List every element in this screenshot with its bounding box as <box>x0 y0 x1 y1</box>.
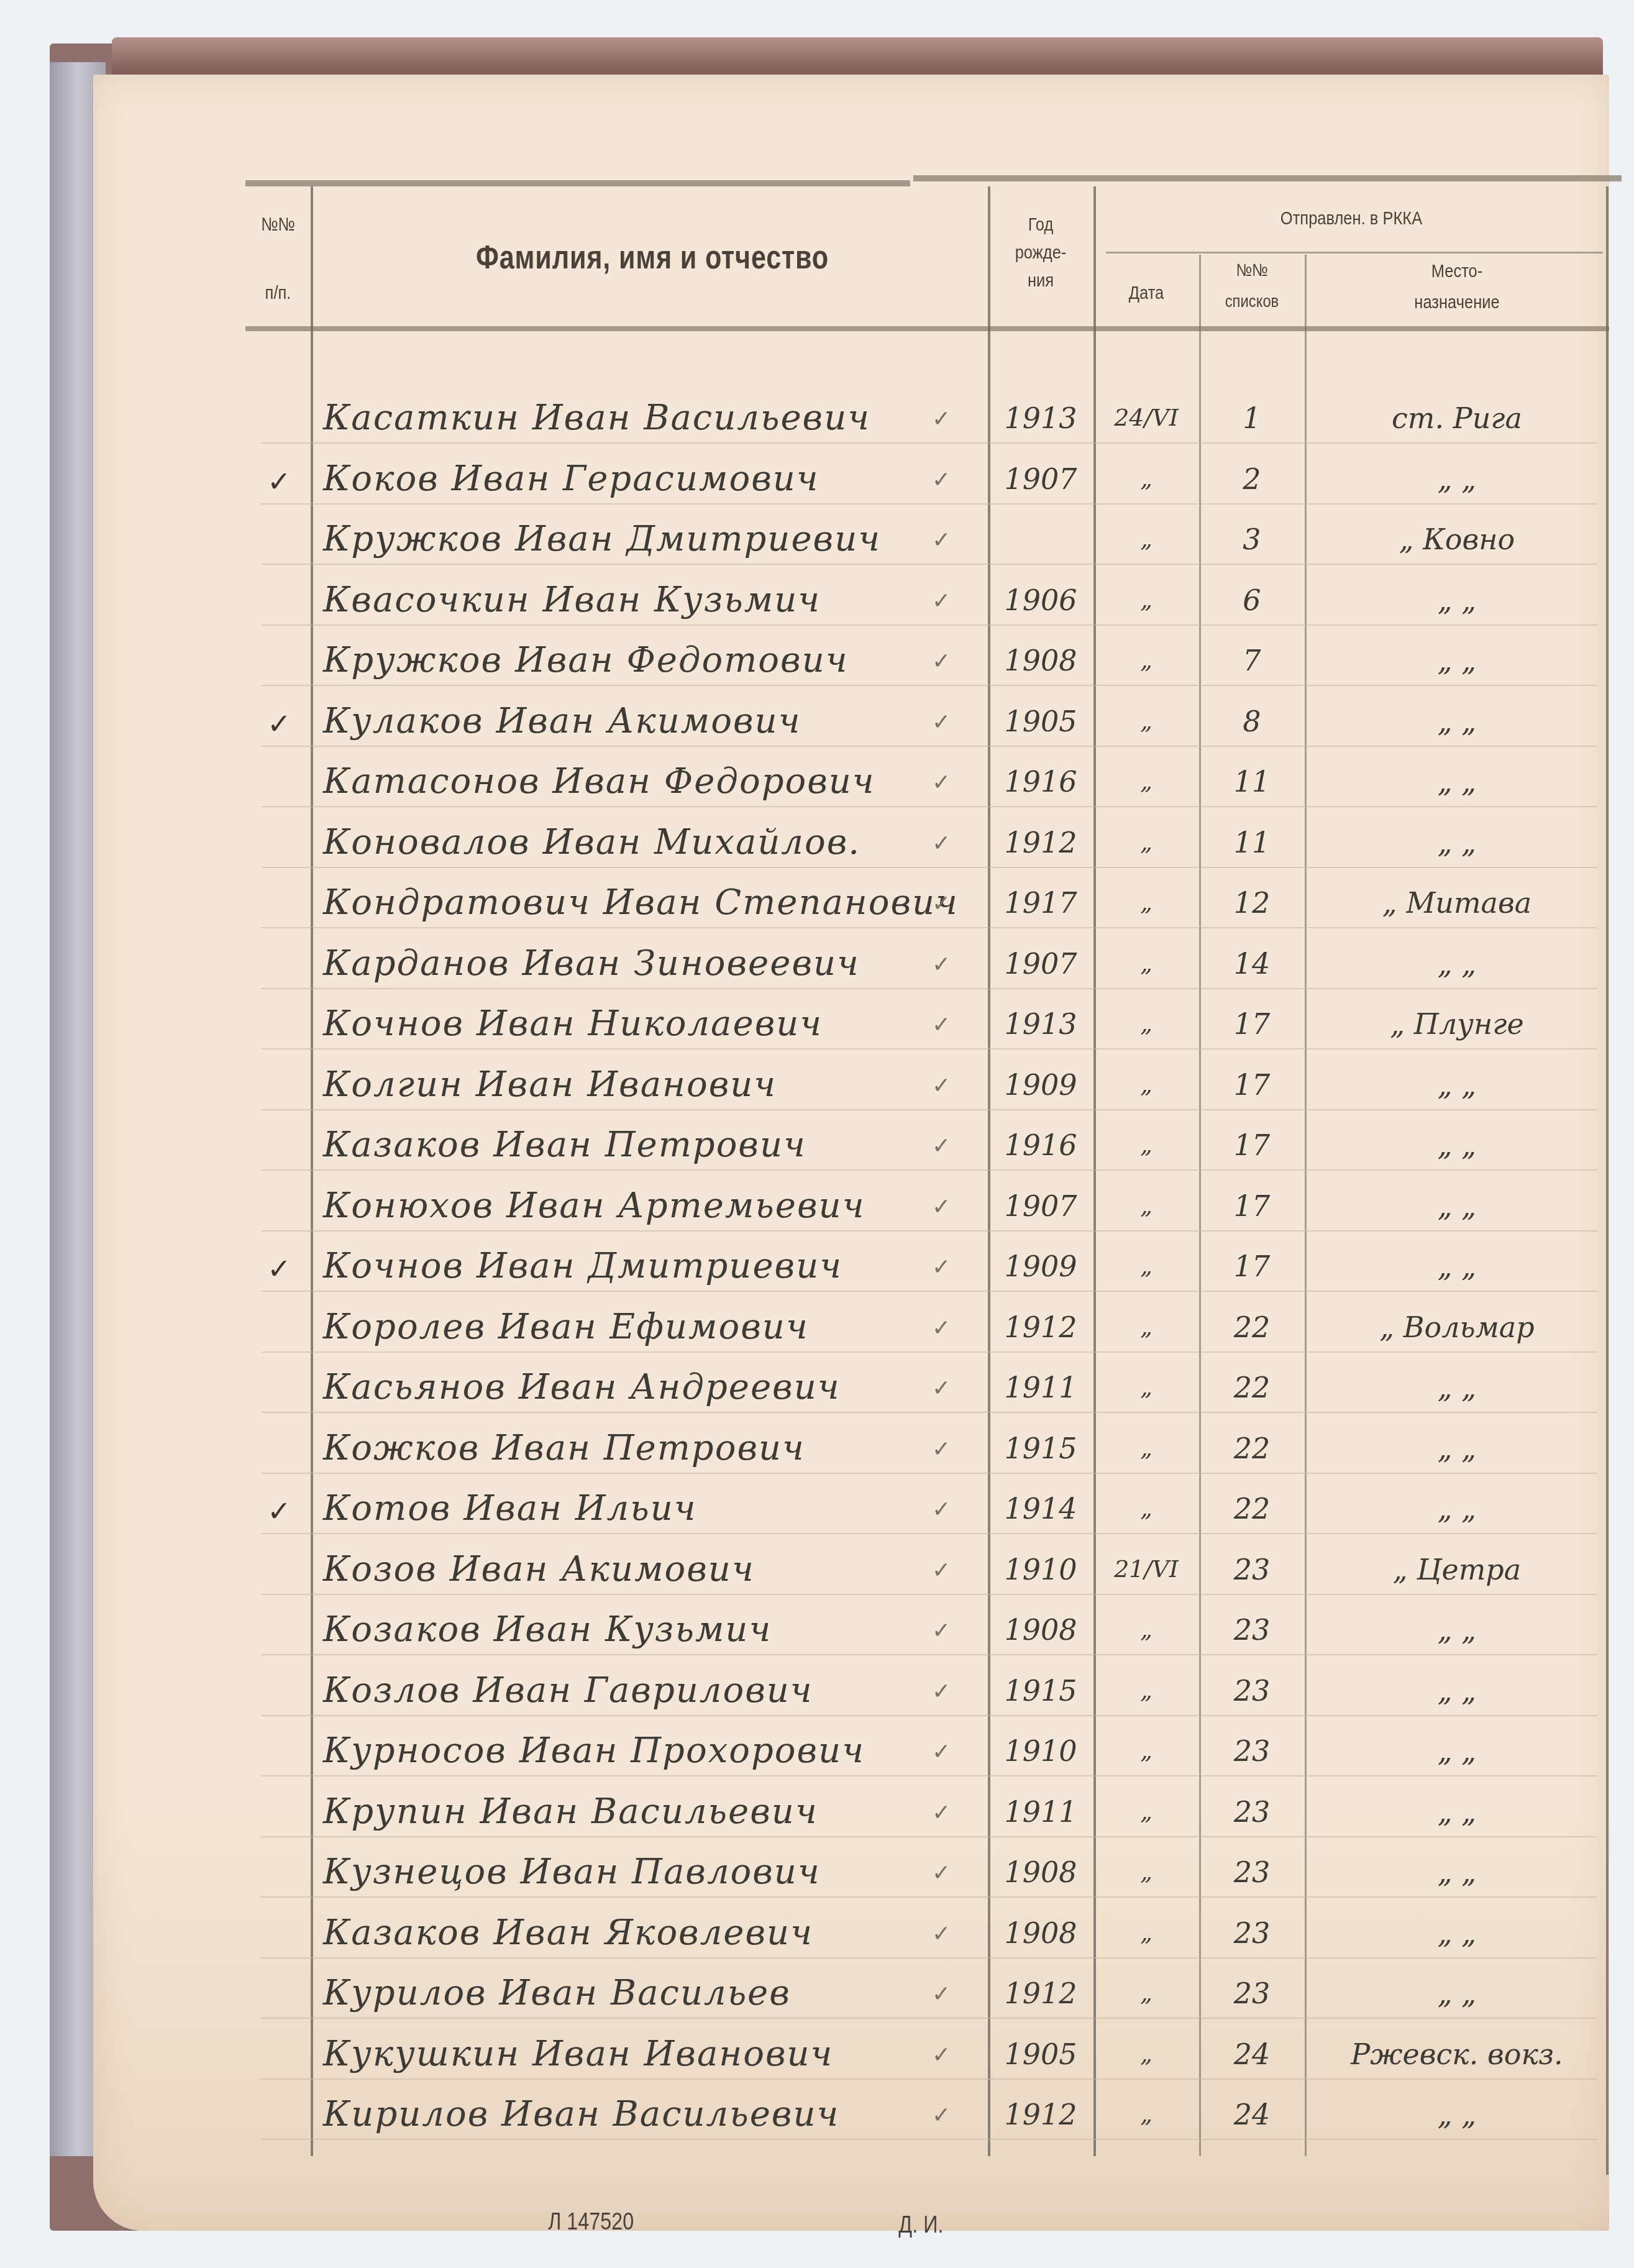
entry-destination: „ Митава <box>1311 886 1603 920</box>
entry-date: „ <box>1100 889 1193 916</box>
entry-birth-year: 1915 <box>997 1432 1084 1465</box>
margin-check-icon: ✓ <box>267 465 291 498</box>
header-list-2: списков <box>1210 292 1294 311</box>
entry-destination: „ „ <box>1311 1189 1603 1223</box>
entry-date: „ <box>1100 767 1193 795</box>
entry-name: Козаков Иван Кузьмич <box>323 1609 772 1650</box>
header-year-3: ния <box>998 270 1083 291</box>
entry-birth-year: 1908 <box>997 1613 1084 1647</box>
entry-date: „ <box>1100 646 1193 674</box>
entry-date: „ <box>1100 1494 1193 1522</box>
entry-destination: ст. Рига <box>1311 401 1603 435</box>
row-guide-line <box>261 2018 1597 2019</box>
entry-date: „ <box>1100 949 1193 977</box>
check-tick-icon: ✓ <box>932 467 951 493</box>
check-tick-icon: ✓ <box>932 1800 951 1826</box>
row-guide-line <box>261 1594 1597 1595</box>
entry-date: „ <box>1100 1252 1193 1279</box>
check-tick-icon: ✓ <box>932 1497 951 1522</box>
entry-list-number: 11 <box>1205 826 1299 859</box>
entry-list-number: 7 <box>1205 644 1299 677</box>
entry-list-number: 23 <box>1205 1855 1299 1889</box>
col-divider-num <box>311 186 313 2156</box>
header-top-rule-left <box>245 180 910 186</box>
row-guide-line <box>261 1957 1597 1959</box>
check-tick-icon: ✓ <box>932 1255 951 1280</box>
entry-date: „ <box>1100 1131 1193 1158</box>
check-tick-icon: ✓ <box>932 770 951 795</box>
row-guide-line <box>261 1473 1597 1474</box>
check-tick-icon: ✓ <box>932 1315 951 1341</box>
row-guide-line <box>261 1775 1597 1776</box>
entry-destination: „ „ <box>1311 947 1603 981</box>
entry-date: „ <box>1100 1798 1193 1825</box>
entry-date: 21/VI <box>1100 1555 1193 1583</box>
check-tick-icon: ✓ <box>932 588 951 614</box>
entry-list-number: 17 <box>1205 1250 1299 1283</box>
header-bottom-rule <box>245 326 1609 331</box>
row-guide-line <box>261 806 1597 807</box>
entry-name: Козлов Иван Гаврилович <box>323 1670 813 1711</box>
entry-list-number: 1 <box>1205 401 1299 435</box>
entry-name: Карданов Иван Зиновеевич <box>323 943 860 984</box>
row-guide-line <box>261 988 1597 989</box>
entry-name: Кирилов Иван Васильевич <box>323 2094 839 2134</box>
entry-destination: „ „ <box>1311 1068 1603 1102</box>
entry-birth-year: 1909 <box>997 1068 1084 1102</box>
entry-birth-year: 1907 <box>997 1189 1084 1223</box>
check-tick-icon: ✓ <box>932 1376 951 1401</box>
row-guide-line <box>261 1230 1597 1232</box>
entry-birth-year: 1912 <box>997 826 1084 859</box>
entry-birth-year: 1912 <box>997 1310 1084 1344</box>
entry-name: Курносов Иван Прохорович <box>323 1731 865 1771</box>
entry-name: Кружков Иван Дмитриевич <box>323 519 881 559</box>
entry-destination: „ „ <box>1311 1432 1603 1465</box>
entry-date: „ <box>1100 1737 1193 1764</box>
check-tick-icon: ✓ <box>932 1921 951 1947</box>
entry-name: Касаткин Иван Васильевич <box>323 398 870 438</box>
row-guide-line <box>261 1169 1597 1171</box>
entry-destination: „ „ <box>1311 1613 1603 1647</box>
entry-name: Коков Иван Герасимович <box>323 459 819 499</box>
entry-destination: „ „ <box>1311 1492 1603 1525</box>
col-divider-right <box>1606 186 1609 2175</box>
check-tick-icon: ✓ <box>932 1194 951 1220</box>
row-guide-line <box>261 1836 1597 1837</box>
entry-name: Котов Иван Ильич <box>323 1488 697 1529</box>
margin-check-icon: ✓ <box>267 1494 291 1528</box>
row-guide-line <box>261 867 1597 868</box>
entry-name: Колгин Иван Иванович <box>323 1064 777 1105</box>
entry-list-number: 6 <box>1205 583 1299 617</box>
entry-date: „ <box>1100 1434 1193 1461</box>
entry-destination: „ Цетра <box>1311 1553 1603 1586</box>
check-tick-icon: ✓ <box>932 891 951 917</box>
row-guide-line <box>261 1109 1597 1110</box>
entry-destination: „ Вольмар <box>1311 1310 1603 1344</box>
entry-list-number: 11 <box>1205 765 1299 798</box>
entry-destination: „ „ <box>1311 826 1603 859</box>
initials: Д. И. <box>898 2212 943 2239</box>
entry-date: „ <box>1100 1010 1193 1037</box>
entry-date: „ <box>1100 586 1193 613</box>
entry-birth-year: 1917 <box>997 886 1084 920</box>
entry-list-number: 17 <box>1205 1189 1299 1223</box>
entry-name: Курилов Иван Васильев <box>323 1973 791 2013</box>
entry-birth-year: 1916 <box>997 1128 1084 1162</box>
check-tick-icon: ✓ <box>932 1860 951 1886</box>
row-guide-line <box>261 685 1597 686</box>
entry-destination: „ „ <box>1311 1371 1603 1404</box>
check-tick-icon: ✓ <box>932 1073 951 1099</box>
header-name: Фамилия, имя и отчество <box>389 239 916 276</box>
entry-list-number: 8 <box>1205 705 1299 738</box>
entry-date: „ <box>1100 1858 1193 1885</box>
entry-destination: „ „ <box>1311 462 1603 496</box>
entry-list-number: 23 <box>1205 1734 1299 1768</box>
col-divider-list <box>1199 255 1201 2156</box>
entry-destination: „ „ <box>1311 765 1603 798</box>
entry-list-number: 24 <box>1205 2098 1299 2131</box>
entry-destination: „ „ <box>1311 1250 1603 1283</box>
entry-name: Кружков Иван Федотович <box>323 640 849 680</box>
row-guide-line <box>261 1896 1597 1898</box>
entry-date: „ <box>1100 1919 1193 1946</box>
header-top-rule-right <box>913 175 1622 181</box>
check-tick-icon: ✓ <box>932 1437 951 1462</box>
col-divider-date <box>1093 186 1096 2156</box>
entry-destination: „ „ <box>1311 644 1603 677</box>
entry-birth-year: 1915 <box>997 1674 1084 1708</box>
stamp-number: Л 147520 <box>548 2209 634 2236</box>
entry-list-number: 23 <box>1205 1977 1299 2010</box>
entry-name: Кулаков Иван Акимович <box>323 701 801 741</box>
entry-birth-year: 1906 <box>997 583 1084 617</box>
row-guide-line <box>261 746 1597 747</box>
row-guide-line <box>261 442 1597 444</box>
entry-name: Казаков Иван Петрович <box>323 1125 806 1165</box>
row-guide-line <box>261 1291 1597 1292</box>
entry-birth-year: 1911 <box>997 1795 1084 1829</box>
entry-list-number: 14 <box>1205 947 1299 981</box>
entry-date: „ <box>1100 1071 1193 1098</box>
entry-destination: „ „ <box>1311 1128 1603 1162</box>
entry-birth-year: 1910 <box>997 1734 1084 1768</box>
book-top-edge <box>112 37 1603 75</box>
entry-list-number: 24 <box>1205 2037 1299 2071</box>
entry-destination: „ „ <box>1311 705 1603 738</box>
entry-list-number: 23 <box>1205 1613 1299 1647</box>
row-guide-line <box>261 1715 1597 1716</box>
entry-name: Козов Иван Акимович <box>323 1549 755 1589</box>
entry-date: 24/VI <box>1100 404 1193 431</box>
entry-birth-year: 1913 <box>997 1007 1084 1041</box>
entry-destination: „ Плунге <box>1311 1007 1603 1041</box>
check-tick-icon: ✓ <box>932 2103 951 2128</box>
row-guide-line <box>261 503 1597 505</box>
check-tick-icon: ✓ <box>932 406 951 432</box>
entry-list-number: 22 <box>1205 1371 1299 1404</box>
entry-destination: „ „ <box>1311 1977 1603 2010</box>
entry-name: Кукушкин Иван Иванович <box>323 2034 833 2074</box>
row-guide-line <box>261 1654 1597 1655</box>
entry-destination: Ржевск. вокз. <box>1311 2037 1603 2071</box>
entry-destination: „ „ <box>1311 2098 1603 2131</box>
header-date: Дата <box>1104 283 1189 303</box>
row-guide-line <box>261 1048 1597 1049</box>
entry-destination: „ „ <box>1311 1855 1603 1889</box>
entry-date: „ <box>1100 1192 1193 1219</box>
entry-destination: „ Ковно <box>1311 523 1603 556</box>
entry-list-number: 17 <box>1205 1068 1299 1102</box>
entry-date: „ <box>1100 1313 1193 1340</box>
entry-date: „ <box>1100 1616 1193 1643</box>
check-tick-icon: ✓ <box>932 952 951 977</box>
entry-destination: „ „ <box>1311 583 1603 617</box>
entry-birth-year: 1914 <box>997 1492 1084 1525</box>
entry-date: „ <box>1100 2040 1193 2067</box>
entry-destination: „ „ <box>1311 1795 1603 1829</box>
entry-date: „ <box>1100 1373 1193 1401</box>
entry-list-number: 23 <box>1205 1916 1299 1950</box>
entry-date: „ <box>1100 1979 1193 2006</box>
entry-name: Катасонов Иван Федорович <box>323 761 875 802</box>
entry-birth-year: 1913 <box>997 401 1084 435</box>
header-year-2: рожде- <box>998 242 1083 263</box>
entry-destination: „ „ <box>1311 1916 1603 1950</box>
entry-birth-year: 1910 <box>997 1553 1084 1586</box>
entry-name: Коновалов Иван Михайлов. <box>323 822 860 862</box>
entry-name: Квасочкин Иван Кузьмич <box>323 580 821 620</box>
row-guide-line <box>261 2139 1597 2140</box>
row-guide-line <box>261 624 1597 626</box>
entry-birth-year: 1908 <box>997 644 1084 677</box>
header-list-1: №№ <box>1210 261 1294 280</box>
entry-birth-year: 1907 <box>997 947 1084 981</box>
header-dest-2: назначение <box>1330 292 1584 313</box>
entry-name: Крупин Иван Васильевич <box>323 1791 818 1832</box>
entry-name: Королев Иван Ефимович <box>323 1307 809 1347</box>
entry-name: Конюхов Иван Артемьевич <box>323 1186 865 1226</box>
entry-list-number: 23 <box>1205 1674 1299 1708</box>
check-tick-icon: ✓ <box>932 1012 951 1038</box>
check-tick-icon: ✓ <box>932 1133 951 1159</box>
check-tick-icon: ✓ <box>932 2042 951 2068</box>
entry-date: „ <box>1100 707 1193 734</box>
entry-list-number: 22 <box>1205 1492 1299 1525</box>
header-num-top: №№ <box>253 214 303 235</box>
entry-list-number: 12 <box>1205 886 1299 920</box>
entry-list-number: 17 <box>1205 1007 1299 1041</box>
entry-date: „ <box>1100 828 1193 856</box>
entry-name: Кондратович Иван Степанович <box>323 882 959 923</box>
entry-list-number: 17 <box>1205 1128 1299 1162</box>
entry-list-number: 23 <box>1205 1795 1299 1829</box>
entry-birth-year: 1916 <box>997 765 1084 798</box>
check-tick-icon: ✓ <box>932 528 951 553</box>
entry-date: „ <box>1100 525 1193 552</box>
header-group: Отправлен. в РККА <box>1138 208 1566 229</box>
row-guide-line <box>261 564 1597 565</box>
row-guide-line <box>261 1351 1597 1353</box>
check-tick-icon: ✓ <box>932 710 951 735</box>
entry-date: „ <box>1100 1676 1193 1704</box>
entry-list-number: 3 <box>1205 523 1299 556</box>
check-tick-icon: ✓ <box>932 1558 951 1583</box>
entry-list-number: 23 <box>1205 1553 1299 1586</box>
entry-name: Кочнов Иван Николаевич <box>323 1004 823 1044</box>
entry-name: Кузнецов Иван Павлович <box>323 1852 821 1892</box>
entry-birth-year: 1905 <box>997 2037 1084 2071</box>
entry-birth-year: 1905 <box>997 705 1084 738</box>
entry-list-number: 22 <box>1205 1310 1299 1344</box>
check-tick-icon: ✓ <box>932 1679 951 1704</box>
entry-destination: „ „ <box>1311 1734 1603 1768</box>
check-tick-icon: ✓ <box>932 649 951 674</box>
entry-date: „ <box>1100 2100 1193 2128</box>
entry-name: Кочнов Иван Дмитриевич <box>323 1246 842 1286</box>
entry-list-number: 2 <box>1205 462 1299 496</box>
entry-birth-year: 1907 <box>997 462 1084 496</box>
entry-birth-year: 1912 <box>997 2098 1084 2131</box>
entry-destination: „ „ <box>1311 1674 1603 1708</box>
entry-list-number: 22 <box>1205 1432 1299 1465</box>
entry-name: Кожков Иван Петрович <box>323 1428 805 1468</box>
row-guide-line <box>261 1533 1597 1534</box>
check-tick-icon: ✓ <box>932 1618 951 1644</box>
header-dest-1: Место- <box>1330 261 1584 281</box>
entry-name: Казаков Иван Яковлевич <box>323 1913 813 1953</box>
entry-birth-year: 1911 <box>997 1371 1084 1404</box>
entry-date: „ <box>1100 465 1193 492</box>
entry-name: Касьянов Иван Андреевич <box>323 1367 841 1407</box>
entry-birth-year: 1908 <box>997 1916 1084 1950</box>
header-num-bottom: п/п. <box>253 283 303 303</box>
col-divider-dest <box>1305 255 1307 2156</box>
row-guide-line <box>261 1412 1597 1413</box>
margin-check-icon: ✓ <box>267 1252 291 1286</box>
entry-birth-year: 1909 <box>997 1250 1084 1283</box>
entry-birth-year: 1908 <box>997 1855 1084 1889</box>
group-subrule <box>1106 252 1603 254</box>
row-guide-line <box>261 2078 1597 2080</box>
margin-check-icon: ✓ <box>267 707 291 741</box>
row-guide-line <box>261 927 1597 928</box>
check-tick-icon: ✓ <box>932 1739 951 1765</box>
check-tick-icon: ✓ <box>932 1982 951 2007</box>
header-year-1: Год <box>998 214 1083 235</box>
col-divider-year <box>988 186 990 2156</box>
entry-birth-year: 1912 <box>997 1977 1084 2010</box>
check-tick-icon: ✓ <box>932 831 951 856</box>
